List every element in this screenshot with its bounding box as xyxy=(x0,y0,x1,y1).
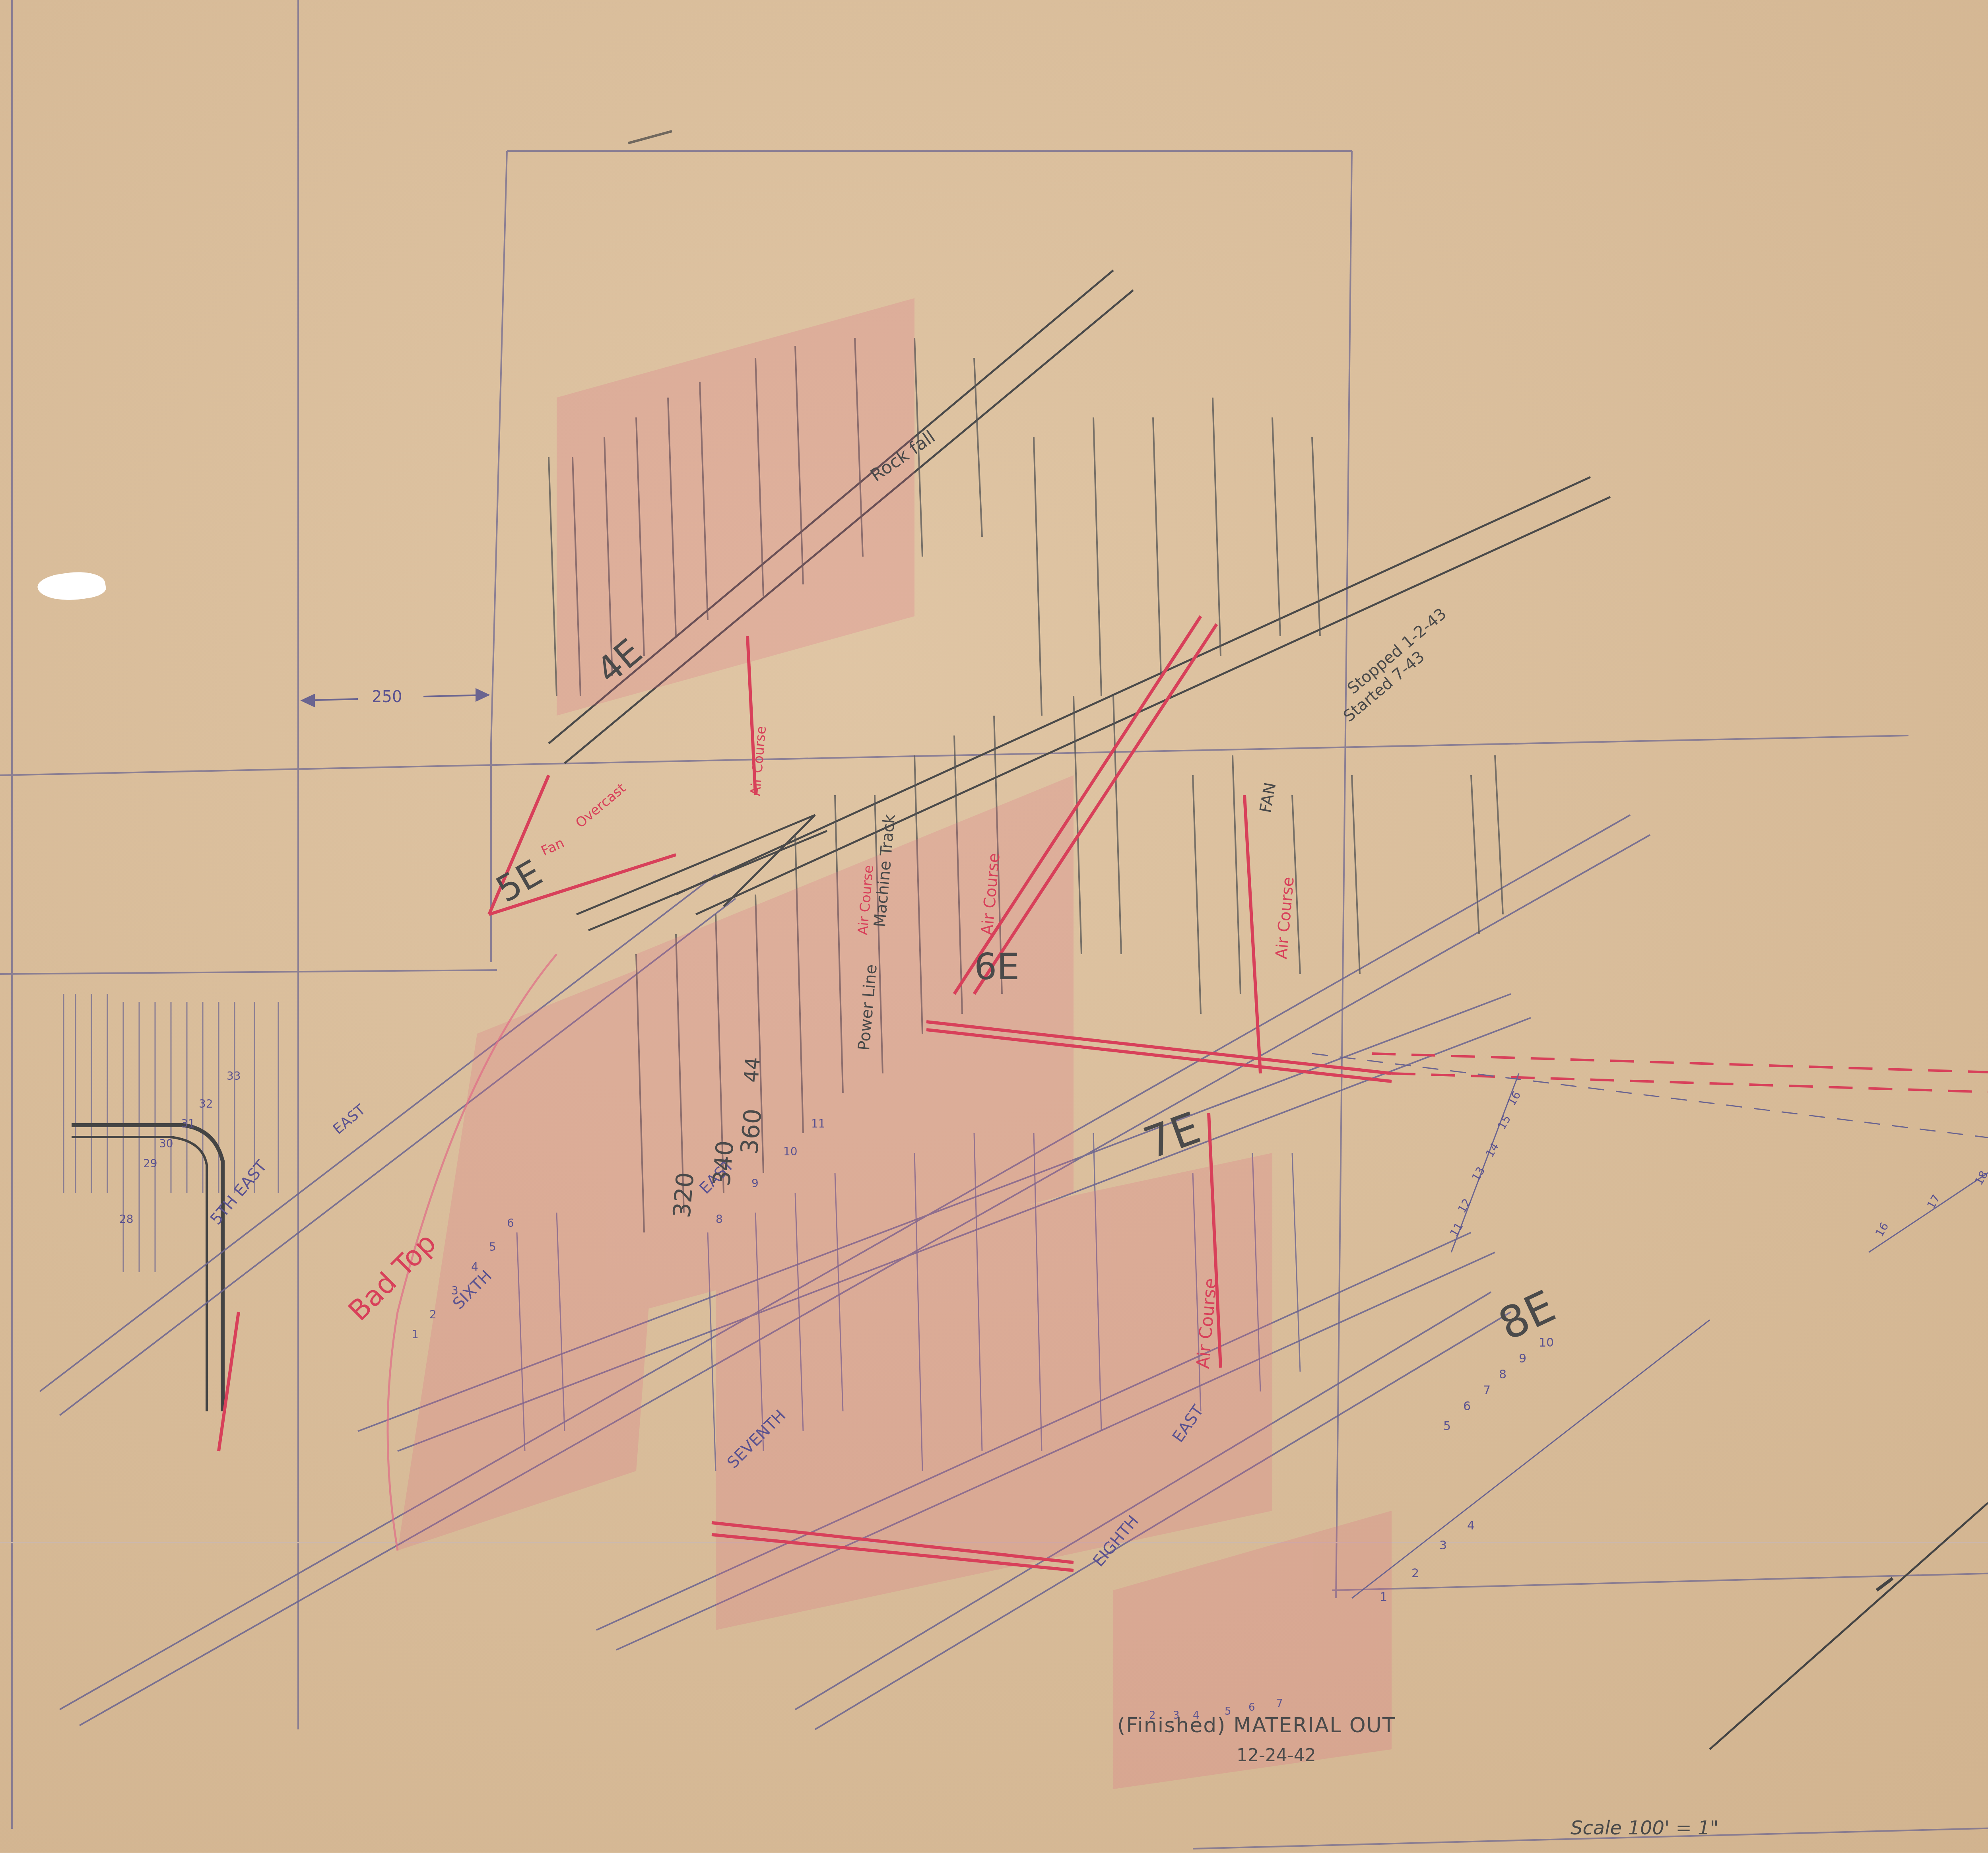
room-number: 33 xyxy=(227,1069,241,1083)
scale-tick-bottom-4: 4 xyxy=(1467,1519,1475,1533)
room-label-340: 340 xyxy=(708,1139,740,1187)
scale-tick-bottom-3: 3 xyxy=(1439,1539,1447,1552)
dimension-250: 250 xyxy=(372,688,402,706)
room-label-320: 320 xyxy=(668,1171,700,1219)
room-number: 28 xyxy=(119,1213,134,1226)
room-number: 6 xyxy=(1248,1702,1255,1714)
room-number: 4 xyxy=(471,1260,478,1273)
room-number: 6 xyxy=(507,1217,514,1230)
scale-tick-bottom-8: 8 xyxy=(1499,1368,1507,1382)
room-number: 1 xyxy=(412,1328,419,1341)
entry-label-6e: 6E xyxy=(974,946,1019,988)
scale-note: Scale 100' = 1" xyxy=(1571,1817,1719,1839)
room-number: 2 xyxy=(429,1308,437,1321)
room-number: 2 xyxy=(1149,1710,1156,1721)
room-number: 3 xyxy=(1173,1710,1180,1721)
room-number: 29 xyxy=(143,1157,157,1170)
scale-tick-bottom-1: 1 xyxy=(1380,1590,1387,1604)
scale-tick-bottom-6: 6 xyxy=(1463,1399,1471,1413)
room-number: 30 xyxy=(159,1137,173,1150)
room-label-44: 44 xyxy=(740,1056,765,1083)
room-number: 8 xyxy=(716,1213,723,1226)
room-number: 4 xyxy=(1193,1710,1200,1721)
scale-tick-bottom-5: 5 xyxy=(1443,1419,1451,1433)
scale-tick-bottom-2: 2 xyxy=(1411,1566,1419,1580)
room-number: 11 xyxy=(811,1117,825,1130)
material-out-status: (Finished) MATERIAL OUT xyxy=(1117,1714,1396,1737)
room-number: 32 xyxy=(199,1097,213,1110)
room-number: 5 xyxy=(489,1240,496,1254)
room-number: 5 xyxy=(1225,1706,1231,1717)
scale-tick-bottom-9: 9 xyxy=(1519,1352,1526,1366)
material-out-date: 12-24-42 xyxy=(1237,1745,1316,1766)
room-number: 7 xyxy=(1276,1698,1283,1710)
room-number: 3 xyxy=(451,1284,458,1297)
room-number: 10 xyxy=(783,1145,798,1158)
room-number: 9 xyxy=(751,1177,759,1190)
scale-tick-bottom-10: 10 xyxy=(1539,1336,1554,1350)
scale-tick-bottom-7: 7 xyxy=(1483,1384,1491,1397)
room-number: 31 xyxy=(181,1117,195,1130)
room-label-360: 360 xyxy=(736,1108,767,1155)
